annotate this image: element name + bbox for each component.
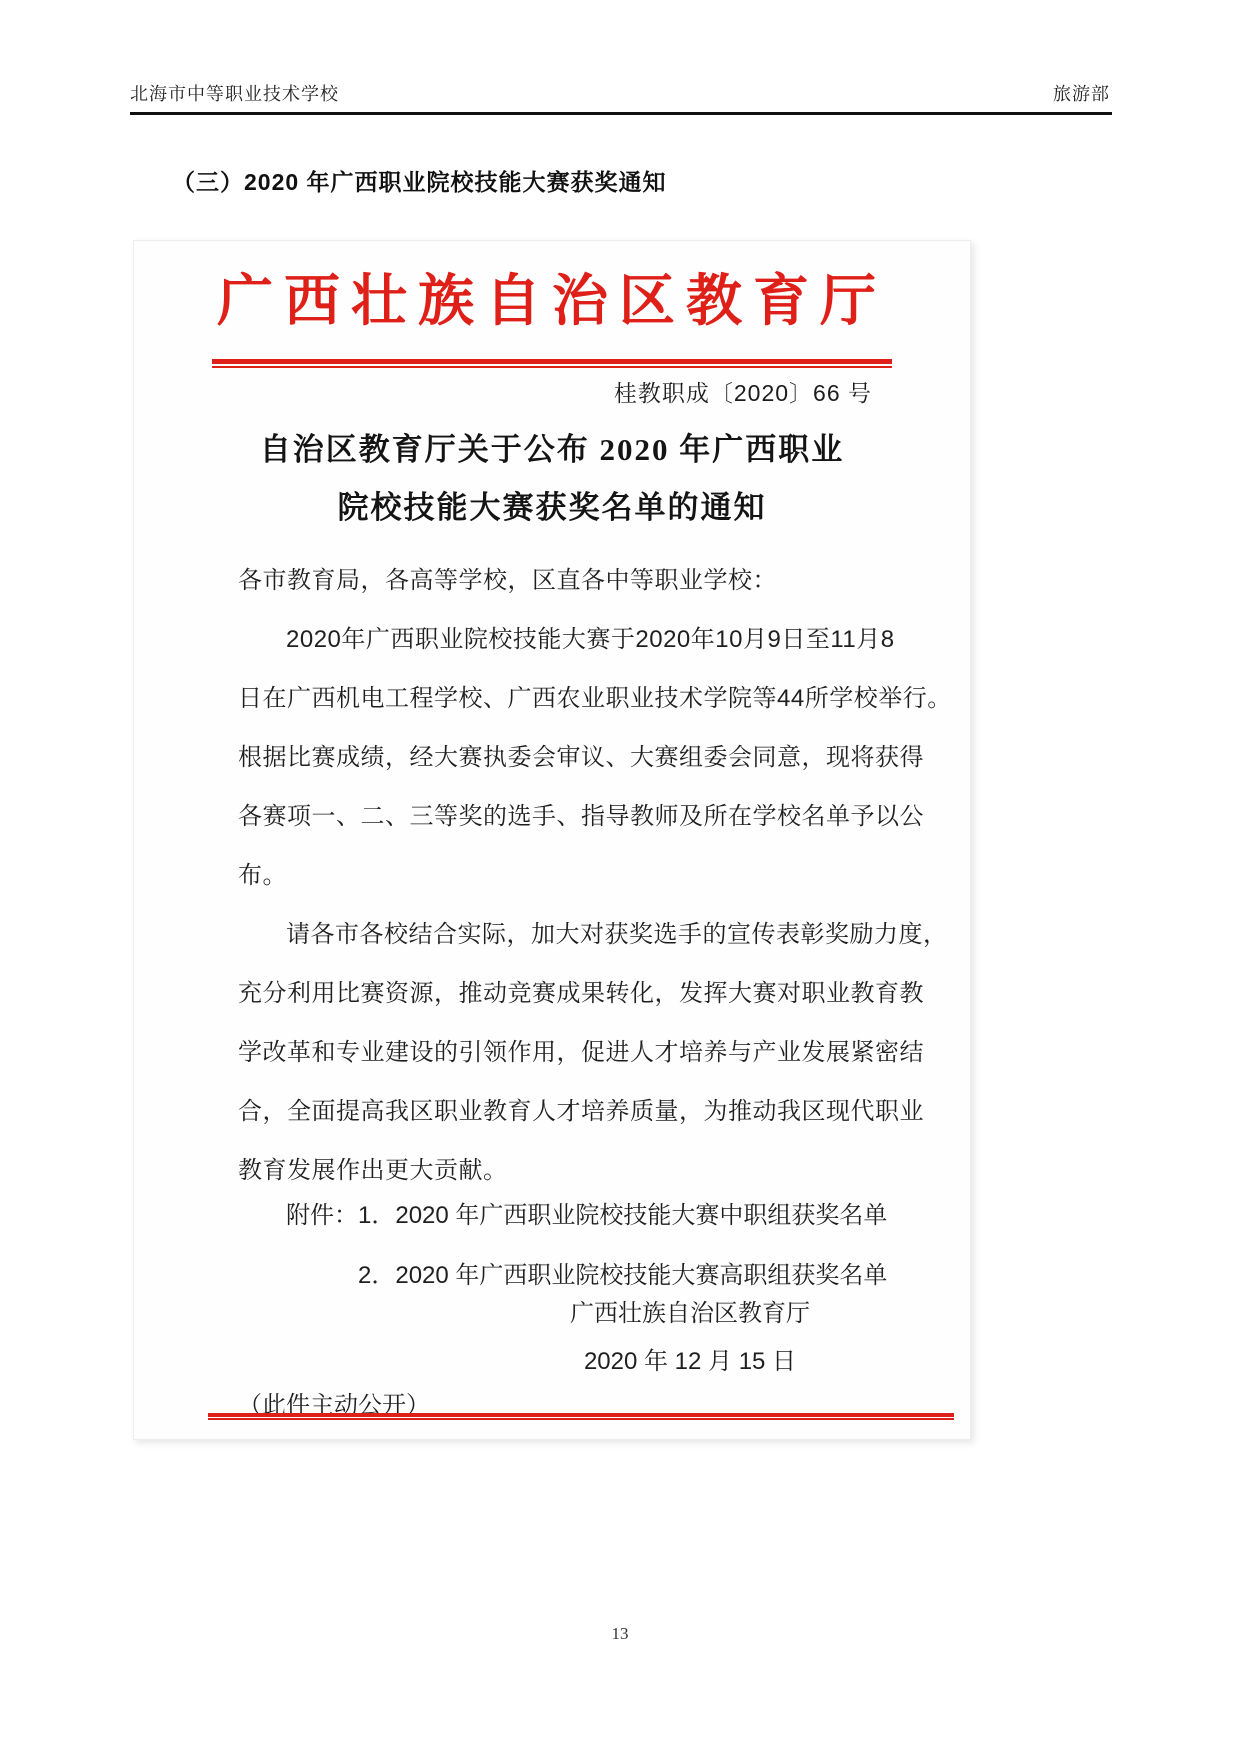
document-page: 北海市中等职业技术学校 旅游部 （三）2020 年广西职业院校技能大赛获奖通知 … bbox=[0, 0, 1240, 1754]
letterhead-rule bbox=[134, 359, 970, 368]
header-rule bbox=[130, 112, 1112, 115]
paragraph2-line-2: 充分利用比赛资源，推动竞赛成果转化，发挥大赛对职业教育教 bbox=[238, 964, 884, 1023]
notice-title-line-2: 院校技能大赛获奖名单的通知 bbox=[134, 479, 970, 537]
attachment-2: 2．2020 年广西职业院校技能大赛高职组获奖名单 bbox=[238, 1246, 910, 1306]
section-title: （三）2020 年广西职业院校技能大赛获奖通知 bbox=[172, 164, 667, 197]
letterhead-rule-thin bbox=[212, 366, 892, 368]
signature-date: 2020 年 12 月 15 日 bbox=[570, 1347, 810, 1377]
paragraph1-line-1: 2020年广西职业院校技能大赛于2020年10月9日至11月8 bbox=[238, 610, 884, 669]
paragraph1-line-4: 各赛项一、二、三等奖的选手、指导教师及所在学校名单予以公 bbox=[238, 787, 884, 846]
header-department: 旅游部 bbox=[1053, 80, 1110, 106]
header-school-name: 北海市中等职业技术学校 bbox=[130, 80, 339, 106]
doc-number: 桂教职成〔2020〕66 号 bbox=[614, 375, 872, 408]
page-number: 13 bbox=[0, 1624, 1240, 1644]
paragraph1-line-3: 根据比赛成绩，经大赛执委会审议、大赛组委会同意，现将获得 bbox=[238, 728, 884, 787]
notice-letterhead: 广西壮族自治区教育厅 bbox=[134, 257, 970, 337]
salutation: 各市教育局，各高等学校，区直各中等职业学校： bbox=[238, 551, 884, 610]
bottom-rule bbox=[208, 1413, 954, 1420]
attachments-list: 附件：1．2020 年广西职业院校技能大赛中职组获奖名单 2．2020 年广西职… bbox=[238, 1186, 910, 1306]
bottom-rule-thick bbox=[208, 1413, 954, 1417]
signature-org: 广西壮族自治区教育厅 bbox=[570, 1299, 810, 1329]
attachment-1: 附件：1．2020 年广西职业院校技能大赛中职组获奖名单 bbox=[238, 1186, 910, 1246]
notice-body: 各市教育局，各高等学校，区直各中等职业学校： 2020年广西职业院校技能大赛于2… bbox=[238, 551, 884, 1200]
notice-title-line-1: 自治区教育厅关于公布 2020 年广西职业 bbox=[134, 421, 970, 479]
bottom-rule-thin bbox=[208, 1418, 954, 1420]
letterhead-rule-thick bbox=[212, 359, 892, 364]
paragraph2-line-3: 学改革和专业建设的引领作用，促进人才培养与产业发展紧密结 bbox=[238, 1023, 884, 1082]
signature-block: 广西壮族自治区教育厅 2020 年 12 月 15 日 bbox=[570, 1299, 810, 1377]
paragraph2-line-4: 合，全面提高我区职业教育人才培养质量，为推动我区现代职业 bbox=[238, 1082, 884, 1141]
paragraph1-line-5: 布。 bbox=[238, 846, 884, 905]
scanned-notice: 广西壮族自治区教育厅 桂教职成〔2020〕66 号 自治区教育厅关于公布 202… bbox=[133, 240, 971, 1440]
paragraph1-line-2: 日在广西机电工程学校、广西农业职业技术学院等44所学校举行。 bbox=[238, 669, 884, 728]
paragraph2-line-1: 请各市各校结合实际，加大对获奖选手的宣传表彰奖励力度， bbox=[238, 905, 884, 964]
notice-title: 自治区教育厅关于公布 2020 年广西职业 院校技能大赛获奖名单的通知 bbox=[134, 421, 970, 537]
